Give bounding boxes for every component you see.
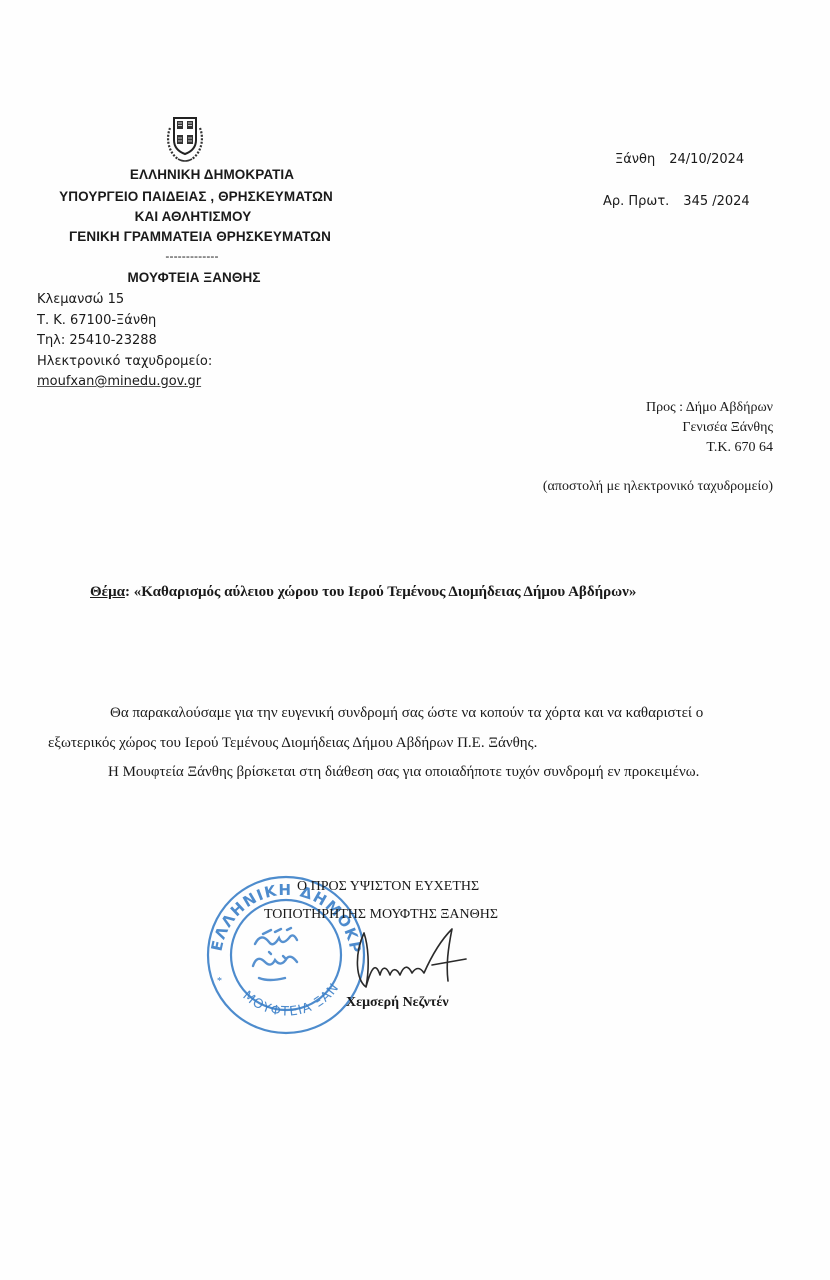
sender-postal: Τ. Κ. 67100-Ξάνθη xyxy=(37,313,156,328)
subject-line: Θέμα: «Καθαρισμός αύλειου χώρου του Ιερο… xyxy=(90,584,636,601)
protocol-value: 345 /2024 xyxy=(683,194,749,209)
header-ministry-cont: ΚΑΙ ΑΘΛΗΤΙΣΜΟΥ xyxy=(135,209,252,224)
body-paragraph-2: Η Μουφτεία Ξάνθης βρίσκεται στη διάθεση … xyxy=(108,764,699,781)
svg-text:*: * xyxy=(217,976,222,987)
handwritten-signature-icon xyxy=(352,925,472,995)
date-value: 24/10/2024 xyxy=(669,152,744,167)
header-office: ΜΟΥΦΤΕΙΑ ΞΑΝΘΗΣ xyxy=(127,270,260,285)
header-divider: ------------- xyxy=(165,249,218,263)
signer-name: Χεμσερή Νεζντέν xyxy=(346,995,449,1011)
recipient-line-2: Γενισέα Ξάνθης xyxy=(682,420,773,436)
subject-label: Θέμα xyxy=(90,584,125,600)
delivery-note: (αποστολή με ηλεκτρονικό ταχυδρομείο) xyxy=(543,479,773,495)
body-paragraph-1: Θα παρακαλούσαμε για την ευγενική συνδρο… xyxy=(110,705,703,722)
official-stamp-icon: ΕΛΛΗΝΙΚΗ ΔΗΜΟΚΡΑΤΙΑ ΜΟΥΦΤΕΙΑ ΞΑΝΘΗΣ * xyxy=(203,872,369,1038)
sender-email-link[interactable]: moufxan@minedu.gov.gr xyxy=(37,374,201,389)
body-paragraph-1-cont: εξωτερικός χώρος του Ιερού Τεμένους Διομ… xyxy=(48,735,537,752)
sender-street: Κλεμανσώ 15 xyxy=(37,292,124,307)
header-ministry: ΥΠΟΥΡΓΕΙΟ ΠΑΙΔΕΙΑΣ , ΘΡΗΣΚΕΥΜΑΤΩΝ xyxy=(59,189,333,204)
recipient-line-1: Προς : Δήμο Αβδήρων xyxy=(646,400,773,416)
greek-coat-of-arms-icon xyxy=(162,110,208,164)
protocol-label: Αρ. Πρωτ. xyxy=(603,194,669,209)
closing-title: ΤΟΠΟΤΗΡΗΤΗΣ ΜΟΥΦΤΗΣ ΞΑΝΘΗΣ xyxy=(264,907,498,923)
place: Ξάνθη xyxy=(615,152,655,167)
closing-salutation: Ο ΠΡΟΣ ΥΨΙΣΤΟΝ ΕΥΧΕΤΗΣ xyxy=(297,879,479,895)
recipient-line-3: Τ.Κ. 670 64 xyxy=(706,440,773,456)
subject-text: : «Καθαρισμός αύλειου χώρου του Ιερού Τε… xyxy=(125,584,636,600)
protocol-number: Αρ. Πρωτ.345 /2024 xyxy=(603,194,750,209)
header-country: ΕΛΛΗΝΙΚΗ ΔΗΜΟΚΡΑΤΙΑ xyxy=(130,167,294,182)
sender-phone: Τηλ: 25410-23288 xyxy=(37,333,157,348)
sender-email-label: Ηλεκτρονικό ταχυδρομείο: xyxy=(37,354,212,369)
header-secretariat: ΓΕΝΙΚΗ ΓΡΑΜΜΑΤΕΙΑ ΘΡΗΣΚΕΥΜΑΤΩΝ xyxy=(69,229,331,244)
document-date: Ξάνθη24/10/2024 xyxy=(615,152,744,167)
